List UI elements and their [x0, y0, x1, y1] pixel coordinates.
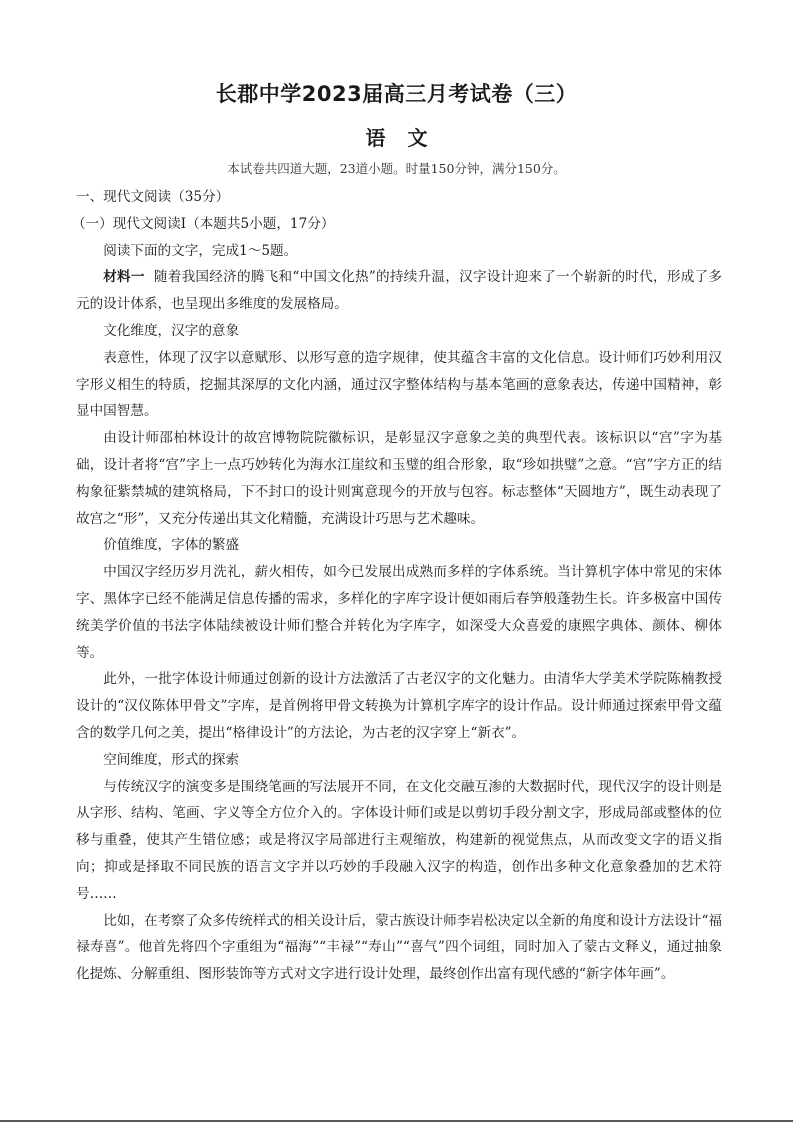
subsection-heading: 价值维度，字体的繁盛: [76, 532, 722, 559]
section-heading: 一、现代文阅读（35分）: [76, 184, 722, 211]
exam-title: 长郡中学2023届高三月考试卷（三）: [0, 78, 793, 108]
exam-body: 一、现代文阅读（35分） （一）现代文阅读I（本题共5小题，17分） 阅读下面的…: [76, 184, 722, 988]
exam-note: 本试卷共四道大题，23道小题。时量150分钟，满分150分。: [0, 159, 793, 177]
subsection-heading: 文化维度，汉字的意象: [76, 318, 722, 345]
paragraph: 表意性，体现了汉字以意赋形、以形写意的造字规律，使其蕴含丰富的文化信息。设计师们…: [76, 345, 722, 425]
paragraph: 比如，在考察了众多传统样式的相关设计后，蒙古族设计师李岩松决定以全新的角度和设计…: [76, 908, 722, 988]
instruction: 阅读下面的文字，完成1～5题。: [76, 238, 722, 265]
paragraph: 中国汉字经历岁月洗礼，薪火相传，如今已发展出成熟而多样的字体系统。当计算机字体中…: [76, 559, 722, 666]
section-subheading: （一）现代文阅读I（本题共5小题，17分）: [72, 211, 722, 238]
material-intro-text: 随着我国经济的腾飞和“中国文化热”的持续升温，汉字设计迎来了一个崭新的时代，形成…: [76, 269, 722, 312]
paragraph: 由设计师邵柏林设计的故宫博物院院徽标识，是彰显汉字意象之美的典型代表。该标识以“…: [76, 425, 722, 532]
subsection-heading: 空间维度，形式的探索: [76, 747, 722, 774]
paragraph: 此外，一批字体设计师通过创新的设计方法激活了古老汉字的文化魅力。由清华大学美术学…: [76, 666, 722, 746]
paragraph: 与传统汉字的演变多是围绕笔画的写法展开不同，在文化交融互渗的大数据时代，现代汉字…: [76, 774, 722, 908]
exam-page: 长郡中学2023届高三月考试卷（三） 语文 本试卷共四道大题，23道小题。时量1…: [0, 0, 793, 1120]
subject-title: 语文: [0, 122, 793, 151]
material-intro: 材料一 随着我国经济的腾飞和“中国文化热”的持续升温，汉字设计迎来了一个崭新的时…: [76, 264, 722, 318]
material-label: 材料一: [103, 269, 145, 285]
